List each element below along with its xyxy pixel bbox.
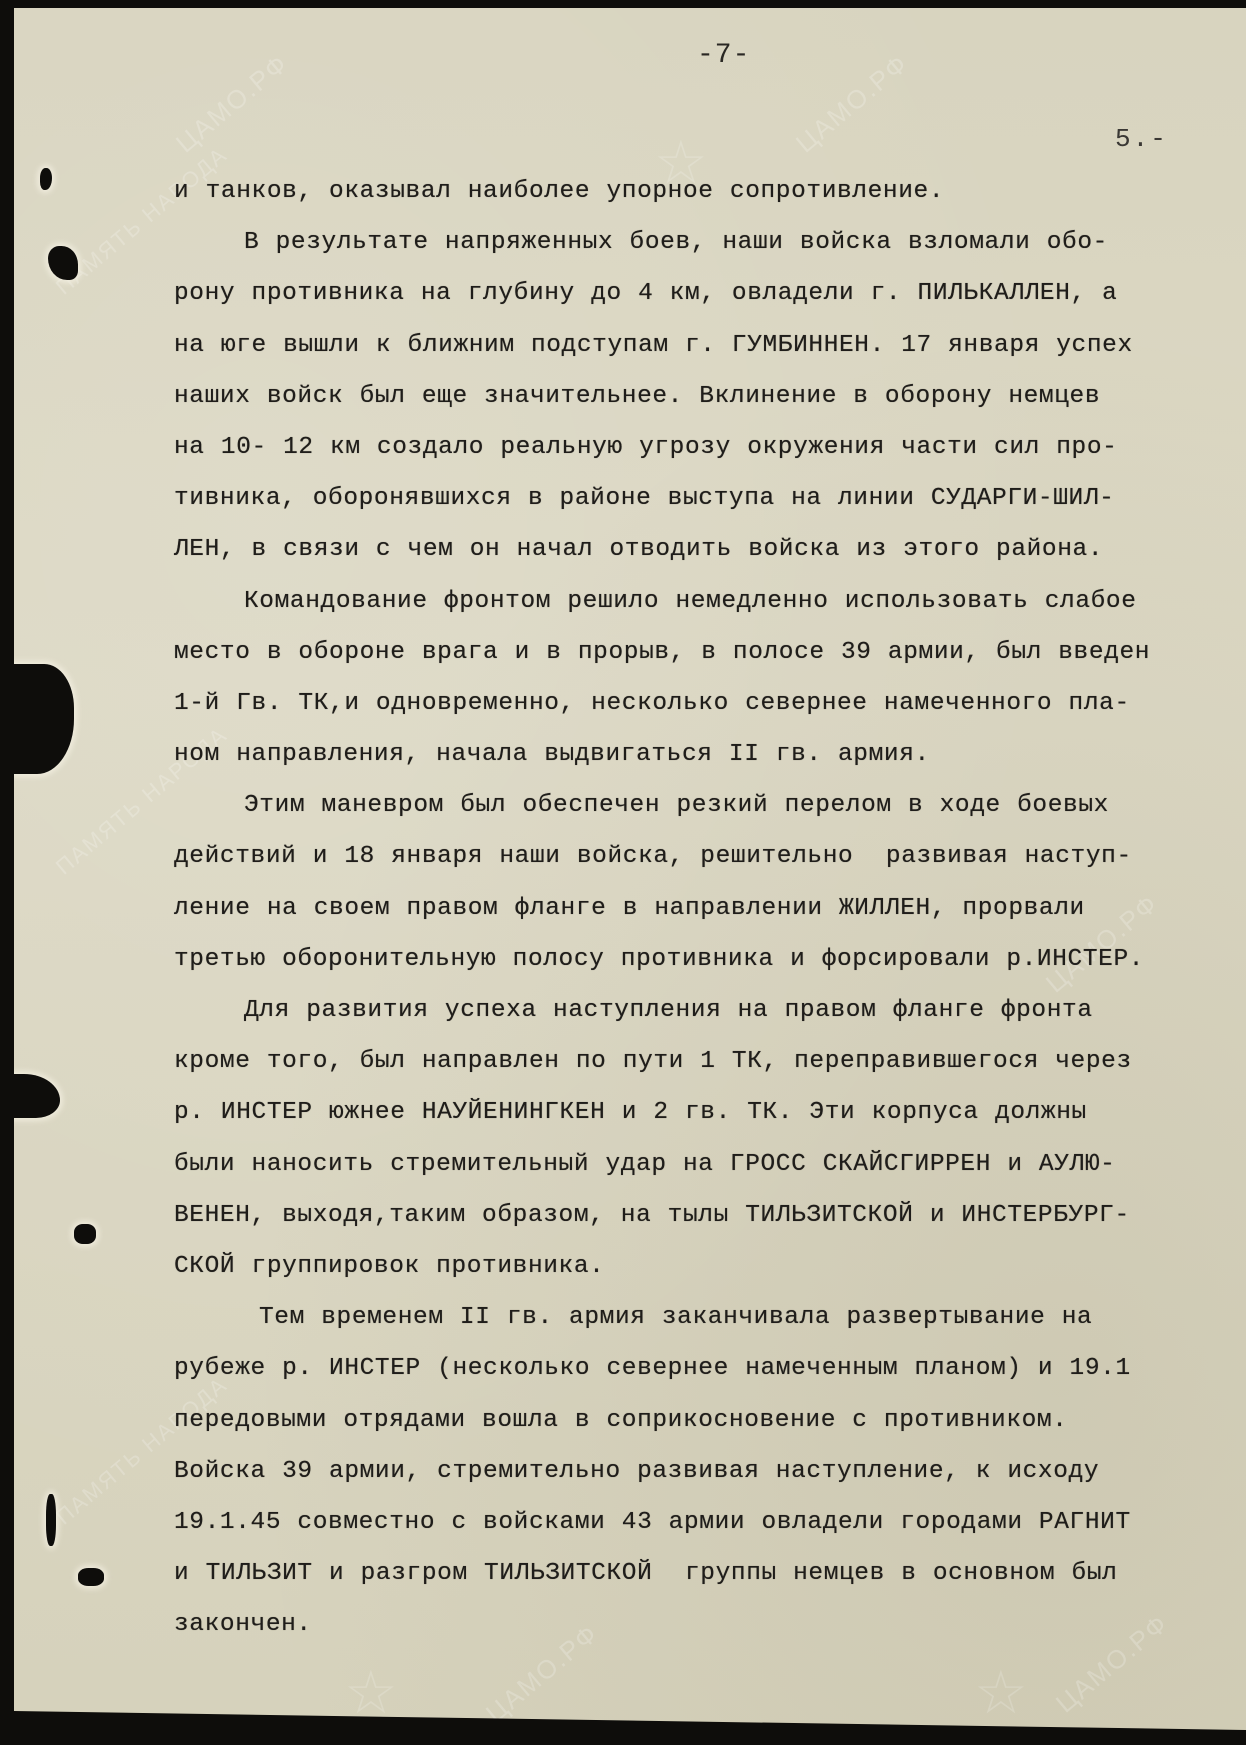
- text-line: Этим маневром был обеспечен резкий перел…: [174, 788, 1246, 839]
- text-line: кроме того, был направлен по пути 1 ТК, …: [174, 1044, 1246, 1095]
- text-line: 1-й Гв. ТК,и одновременно, несколько сев…: [174, 686, 1246, 737]
- paper-hole: [0, 1074, 60, 1118]
- text-line: тивника, оборонявшихся в районе выступа …: [174, 481, 1246, 532]
- text-line: ление на своем правом фланге в направлен…: [174, 891, 1246, 942]
- star-watermark-icon: ☆: [344, 1658, 398, 1728]
- text-line: действий и 18 января наши войска, решите…: [174, 839, 1246, 890]
- page-number: -7-: [697, 40, 750, 71]
- text-line: ЛЕН, в связи с чем он начал отводить вой…: [174, 532, 1246, 583]
- text-line: Для развития успеха наступления на право…: [174, 993, 1246, 1044]
- paper-hole: [48, 246, 78, 280]
- text-line: р. ИНСТЕР южнее НАУЙЕНИНГКЕН и 2 гв. ТК.…: [174, 1095, 1246, 1146]
- text-line: рубеже р. ИНСТЕР (несколько севернее нам…: [174, 1351, 1246, 1402]
- watermark-text: ЦАМО.РФ: [790, 48, 914, 159]
- text-line: Тем временем II гв. армия заканчивала ра…: [174, 1300, 1246, 1351]
- text-line: и ТИЛЬЗИТ и разгром ТИЛЬЗИТСКОЙ группы н…: [174, 1556, 1246, 1607]
- document-page: ЦАМО.РФ ЦАМО.РФ ПАМЯТЬ НАРОДА ПАМЯТЬ НАР…: [14, 8, 1246, 1730]
- paper-hole: [40, 168, 52, 190]
- text-line: 19.1.45 совместно с войсками 43 армии ов…: [174, 1505, 1246, 1556]
- text-line: передовыми отрядами вошла в соприкоснове…: [174, 1403, 1246, 1454]
- text-line: Войска 39 армии, стремительно развивая н…: [174, 1454, 1246, 1505]
- text-line: ВЕНЕН, выходя,таким образом, на тылы ТИЛ…: [174, 1198, 1246, 1249]
- sheet-marker: 5.-: [1115, 124, 1168, 154]
- text-line: Командование фронтом решило немедленно и…: [174, 584, 1246, 635]
- text-line: В результате напряженных боев, наши войс…: [174, 225, 1246, 276]
- text-line: были наносить стремительный удар на ГРОС…: [174, 1147, 1246, 1198]
- text-line: ном направления, начала выдвигаться II г…: [174, 737, 1246, 788]
- text-line: место в обороне врага и в прорыв, в поло…: [174, 635, 1246, 686]
- text-line: наших войск был еще значительнее. Вклине…: [174, 379, 1246, 430]
- star-watermark-icon: ☆: [974, 1658, 1028, 1728]
- watermark-text: ЦАМО.РФ: [170, 48, 294, 159]
- text-line: и танков, оказывал наиболее упорное сопр…: [174, 174, 1246, 225]
- paper-hole: [74, 1224, 96, 1244]
- text-line: на 10- 12 км создало реальную угрозу окр…: [174, 430, 1246, 481]
- paper-hole: [78, 1568, 104, 1586]
- text-line: СКОЙ группировок противника.: [174, 1249, 1246, 1300]
- text-line: закончен.: [174, 1607, 1246, 1658]
- text-line: на юге вышли к ближним подступам г. ГУМБ…: [174, 328, 1246, 379]
- text-line: рону противника на глубину до 4 км, овла…: [174, 276, 1246, 327]
- document-body: и танков, оказывал наиболее упорное сопр…: [174, 174, 1246, 1658]
- paper-hole: [46, 1494, 56, 1546]
- text-line: третью оборонительную полосу противника …: [174, 942, 1246, 993]
- paper-hole: [0, 664, 74, 774]
